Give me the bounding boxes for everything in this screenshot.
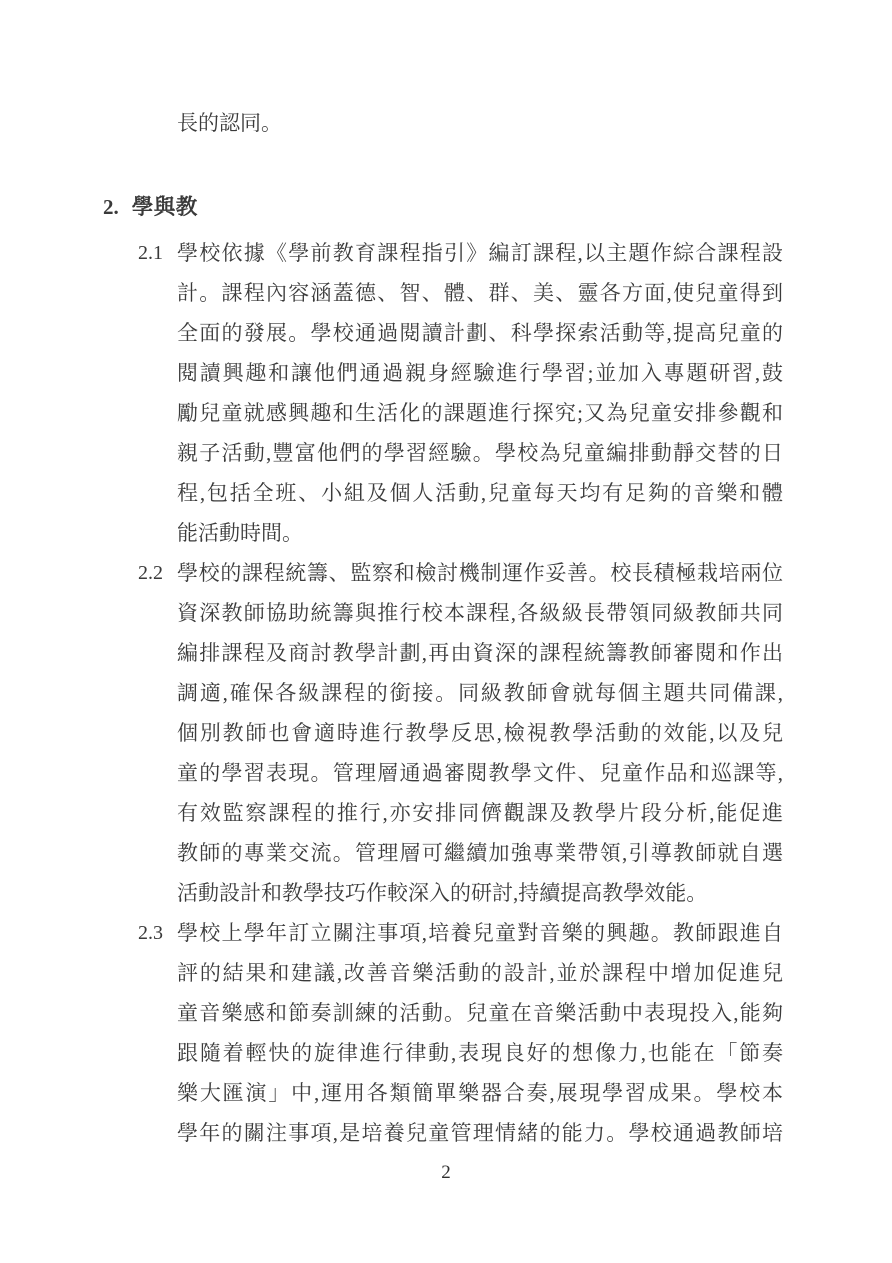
continuation-paragraph: 長的認同。 <box>177 103 783 143</box>
paragraph-line: 資深教師協助統籌與推行校本課程,各級級長帶領同級教師共同 <box>177 593 783 633</box>
page-number: 2 <box>0 1158 892 1188</box>
section-number: 2. <box>103 187 119 227</box>
paragraph-lines: 學校依據《學前教育課程指引》編訂課程,以主題作綜合課程設計。課程內容涵蓋德、智、… <box>177 233 783 553</box>
section-paragraphs: 2.1 學校依據《學前教育課程指引》編訂課程,以主題作綜合課程設計。課程內容涵蓋… <box>138 233 783 1153</box>
paragraph-line: 學校上學年訂立關注事項,培養兒童對音樂的興趣。教師跟進自 <box>177 913 783 953</box>
paragraph-line: 學年的關注事項,是培養兒童管理情緒的能力。學校通過教師培 <box>177 1113 783 1153</box>
section-title: 學與教 <box>132 195 198 219</box>
paragraph-lines: 學校的課程統籌、監察和檢討機制運作妥善。校長積極栽培兩位資深教師協助統籌與推行校… <box>177 553 783 913</box>
paragraph-line: 評的結果和建議,改善音樂活動的設計,並於課程中增加促進兒 <box>177 953 783 993</box>
paragraph-line: 親子活動,豐富他們的學習經驗。學校為兒童編排動靜交替的日 <box>177 433 783 473</box>
paragraph-line: 學校依據《學前教育課程指引》編訂課程,以主題作綜合課程設 <box>177 233 783 273</box>
paragraph-line: 樂大匯演」中,運用各類簡單樂器合奏,展現學習成果。學校本 <box>177 1073 783 1113</box>
paragraph-line: 全面的發展。學校通過閱讀計劃、科學探索活動等,提高兒童的 <box>177 313 783 353</box>
paragraph-number: 2.1 <box>138 233 163 273</box>
paragraph-line: 能活動時間。 <box>177 513 783 553</box>
paragraph-line: 勵兒童就感興趣和生活化的課題進行探究;又為兒童安排參觀和 <box>177 393 783 433</box>
paragraph-line: 調適,確保各級課程的銜接。同級教師會就每個主題共同備課, <box>177 673 783 713</box>
paragraph-line: 程,包括全班、小組及個人活動,兒童每天均有足夠的音樂和體 <box>177 473 783 513</box>
paragraph-number: 2.2 <box>138 553 163 593</box>
document-page: 長的認同。 2.學與教 2.1 學校依據《學前教育課程指引》編訂課程,以主題作綜… <box>0 0 892 1263</box>
paragraph-lines: 學校上學年訂立關注事項,培養兒童對音樂的興趣。教師跟進自評的結果和建議,改善音樂… <box>177 913 783 1153</box>
paragraph-line: 有效監察課程的推行,亦安排同儕觀課及教學片段分析,能促進 <box>177 793 783 833</box>
paragraph-line: 學校的課程統籌、監察和檢討機制運作妥善。校長積極栽培兩位 <box>177 553 783 593</box>
paragraph-2.3: 2.3 學校上學年訂立關注事項,培養兒童對音樂的興趣。教師跟進自評的結果和建議,… <box>138 913 783 1153</box>
paragraph-line: 教師的專業交流。管理層可繼續加強專業帶領,引導教師就自選 <box>177 833 783 873</box>
paragraph-line: 童的學習表現。管理層通過審閱教學文件、兒童作品和巡課等, <box>177 753 783 793</box>
paragraph-number: 2.3 <box>138 913 163 953</box>
paragraph-line: 跟隨着輕快的旋律進行律動,表現良好的想像力,也能在「節奏 <box>177 1033 783 1073</box>
paragraph-line: 個別教師也會適時進行教學反思,檢視教學活動的效能,以及兒 <box>177 713 783 753</box>
paragraph-line: 編排課程及商討教學計劃,再由資深的課程統籌教師審閱和作出 <box>177 633 783 673</box>
paragraph-line: 計。課程內容涵蓋德、智、體、群、美、靈各方面,使兒童得到 <box>177 273 783 313</box>
paragraph-2.1: 2.1 學校依據《學前教育課程指引》編訂課程,以主題作綜合課程設計。課程內容涵蓋… <box>138 233 783 553</box>
paragraph-line: 活動設計和教學技巧作較深入的研討,持續提高教學效能。 <box>177 873 783 913</box>
paragraph-2.2: 2.2 學校的課程統籌、監察和檢討機制運作妥善。校長積極栽培兩位資深教師協助統籌… <box>138 553 783 913</box>
section-heading: 2.學與教 <box>103 187 198 227</box>
paragraph-line: 童音樂感和節奏訓練的活動。兒童在音樂活動中表現投入,能夠 <box>177 993 783 1033</box>
paragraph-line: 閱讀興趣和讓他們通過親身經驗進行學習;並加入專題研習,鼓 <box>177 353 783 393</box>
